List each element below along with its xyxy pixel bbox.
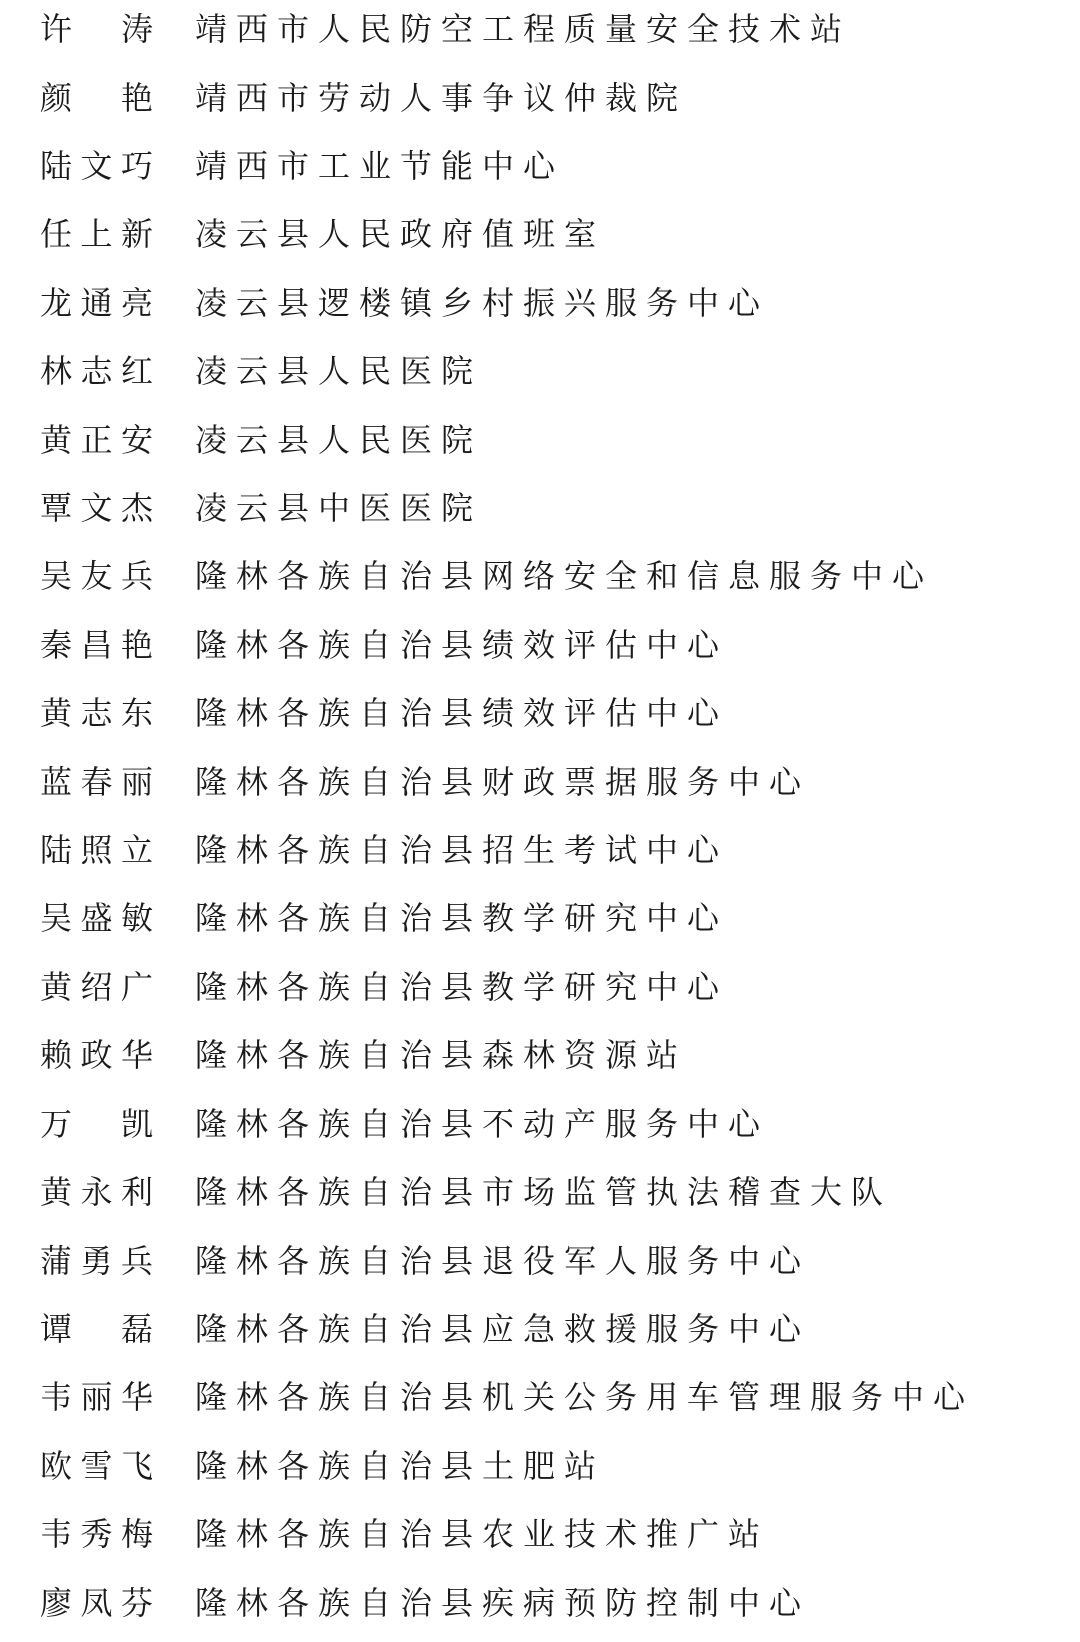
roster-row: 谭磊 隆林各族自治县应急救援服务中心 <box>0 1295 1080 1363</box>
person-name: 黄正安 <box>40 424 153 456</box>
person-org: 凌云县中医医院 <box>195 492 482 524</box>
roster-row: 秦昌艳 隆林各族自治县绩效评估中心 <box>0 611 1080 679</box>
roster-row: 黄志东 隆林各族自治县绩效评估中心 <box>0 679 1080 747</box>
roster-list: 许涛 靖西市人民防空工程质量安全技术站 颜艳 靖西市劳动人事争议仲裁院 陆文巧 … <box>0 0 1080 1637</box>
roster-row: 廖凤芬 隆林各族自治县疾病预防控制中心 <box>0 1568 1080 1636</box>
person-name: 任上新 <box>40 218 153 250</box>
person-org: 隆林各族自治县教学研究中心 <box>195 902 728 934</box>
roster-row: 万凯 隆林各族自治县不动产服务中心 <box>0 1090 1080 1158</box>
person-org: 隆林各族自治县网络安全和信息服务中心 <box>195 560 933 592</box>
roster-row: 韦丽华 隆林各族自治县机关公务用车管理服务中心 <box>0 1363 1080 1431</box>
person-name: 颜艳 <box>40 82 153 114</box>
person-org: 凌云县人民政府值班室 <box>195 218 605 250</box>
person-org: 隆林各族自治县招生考试中心 <box>195 834 728 866</box>
person-org: 隆林各族自治县绩效评估中心 <box>195 629 728 661</box>
person-org: 隆林各族自治县农业技术推广站 <box>195 1518 769 1550</box>
person-org: 隆林各族自治县财政票据服务中心 <box>195 766 810 798</box>
person-name: 蒲勇兵 <box>40 1245 153 1277</box>
person-name: 陆文巧 <box>40 150 153 182</box>
roster-row: 蓝春丽 隆林各族自治县财政票据服务中心 <box>0 747 1080 815</box>
roster-row: 黄正安 凌云县人民医院 <box>0 405 1080 473</box>
person-org: 靖西市劳动人事争议仲裁院 <box>195 82 687 114</box>
person-org: 隆林各族自治县机关公务用车管理服务中心 <box>195 1381 974 1413</box>
person-name: 龙通亮 <box>40 287 153 319</box>
roster-row: 陆文巧 靖西市工业节能中心 <box>0 132 1080 200</box>
roster-row: 颜艳 靖西市劳动人事争议仲裁院 <box>0 63 1080 131</box>
person-name: 陆照立 <box>40 834 153 866</box>
roster-row: 蒲勇兵 隆林各族自治县退役军人服务中心 <box>0 1226 1080 1294</box>
person-org: 隆林各族自治县教学研究中心 <box>195 971 728 1003</box>
person-name: 秦昌艳 <box>40 629 153 661</box>
person-org: 凌云县人民医院 <box>195 355 482 387</box>
person-org: 隆林各族自治县应急救援服务中心 <box>195 1313 810 1345</box>
person-org: 凌云县人民医院 <box>195 424 482 456</box>
roster-row: 赖政华 隆林各族自治县森林资源站 <box>0 1021 1080 1089</box>
roster-row: 欧雪飞 隆林各族自治县土肥站 <box>0 1432 1080 1500</box>
person-org: 隆林各族自治县市场监管执法稽查大队 <box>195 1176 892 1208</box>
person-name: 谭磊 <box>40 1313 153 1345</box>
roster-row: 黄绍广 隆林各族自治县教学研究中心 <box>0 953 1080 1021</box>
person-org: 凌云县逻楼镇乡村振兴服务中心 <box>195 287 769 319</box>
roster-row: 覃文杰 凌云县中医医院 <box>0 474 1080 542</box>
person-name: 赖政华 <box>40 1039 153 1071</box>
roster-row: 许涛 靖西市人民防空工程质量安全技术站 <box>0 0 1080 63</box>
person-name: 黄志东 <box>40 697 153 729</box>
person-name: 黄绍广 <box>40 971 153 1003</box>
person-name: 覃文杰 <box>40 492 153 524</box>
person-name: 黄永利 <box>40 1176 153 1208</box>
person-org: 隆林各族自治县土肥站 <box>195 1450 605 1482</box>
roster-row: 吴友兵 隆林各族自治县网络安全和信息服务中心 <box>0 542 1080 610</box>
roster-row: 任上新 凌云县人民政府值班室 <box>0 200 1080 268</box>
roster-row: 吴盛敏 隆林各族自治县教学研究中心 <box>0 884 1080 952</box>
roster-row: 黄永利 隆林各族自治县市场监管执法稽查大队 <box>0 1158 1080 1226</box>
person-name: 吴友兵 <box>40 560 153 592</box>
roster-row: 陆照立 隆林各族自治县招生考试中心 <box>0 816 1080 884</box>
person-name: 韦丽华 <box>40 1381 153 1413</box>
person-org: 隆林各族自治县不动产服务中心 <box>195 1108 769 1140</box>
person-name: 蓝春丽 <box>40 766 153 798</box>
person-org: 靖西市人民防空工程质量安全技术站 <box>195 13 851 45</box>
person-name: 万凯 <box>40 1108 153 1140</box>
roster-row: 龙通亮 凌云县逻楼镇乡村振兴服务中心 <box>0 269 1080 337</box>
roster-row: 林志红 凌云县人民医院 <box>0 337 1080 405</box>
person-name: 林志红 <box>40 355 153 387</box>
person-org: 隆林各族自治县退役军人服务中心 <box>195 1245 810 1277</box>
person-name: 欧雪飞 <box>40 1450 153 1482</box>
person-name: 吴盛敏 <box>40 902 153 934</box>
person-org: 隆林各族自治县疾病预防控制中心 <box>195 1587 810 1619</box>
person-name: 韦秀梅 <box>40 1518 153 1550</box>
person-org: 靖西市工业节能中心 <box>195 150 564 182</box>
person-name: 许涛 <box>40 13 153 45</box>
person-name: 廖凤芬 <box>40 1587 153 1619</box>
document-page: 许涛 靖西市人民防空工程质量安全技术站 颜艳 靖西市劳动人事争议仲裁院 陆文巧 … <box>0 0 1080 1637</box>
person-org: 隆林各族自治县森林资源站 <box>195 1039 687 1071</box>
roster-row: 韦秀梅 隆林各族自治县农业技术推广站 <box>0 1500 1080 1568</box>
person-org: 隆林各族自治县绩效评估中心 <box>195 697 728 729</box>
